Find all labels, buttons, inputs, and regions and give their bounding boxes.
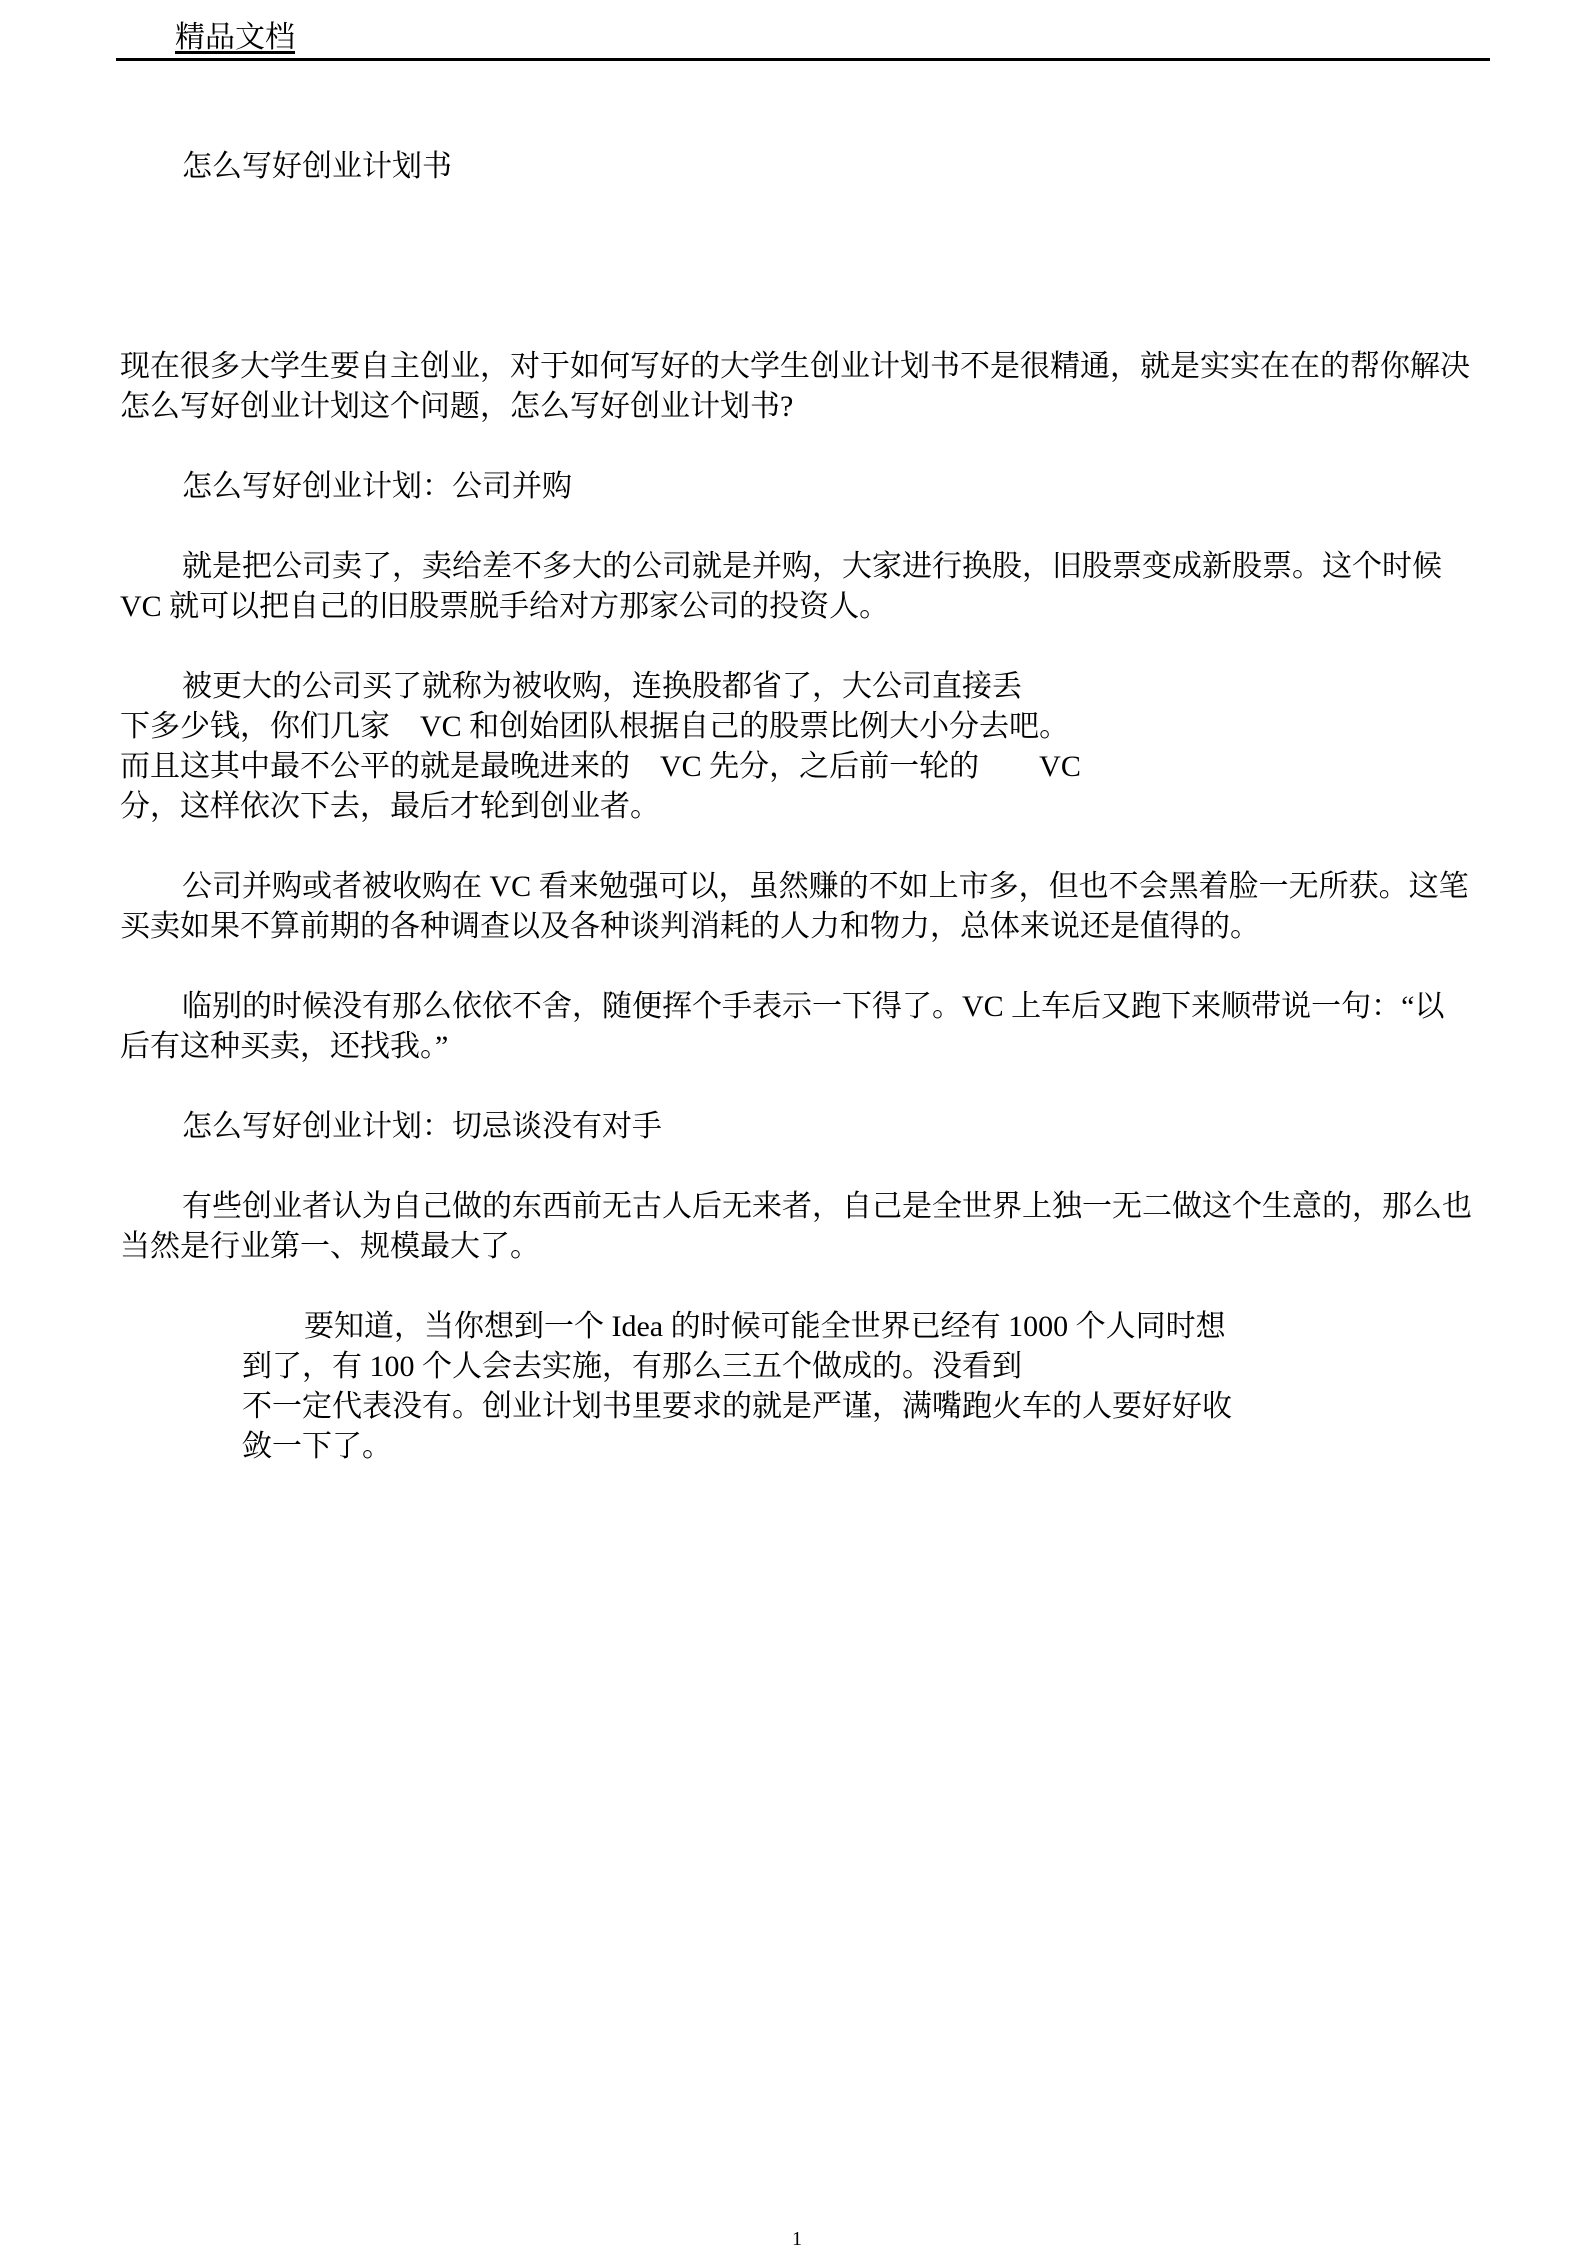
document-body: 怎么写好创业计划书 现在很多大学生要自主创业，对于如何写好的大学生创业计划书不是… bbox=[120, 147, 1540, 1467]
page-header: 精品文档 bbox=[116, 22, 1490, 61]
document-page: 精品文档 怎么写好创业计划书 现在很多大学生要自主创业，对于如何写好的大学生创业… bbox=[0, 0, 1594, 2255]
paragraph-unique-business: 有些创业者认为自己做的东西前无古人后无来者，自己是全世界上独一无二做这个生意的，… bbox=[120, 1187, 1540, 1267]
document-title: 怎么写好创业计划书 bbox=[120, 147, 1540, 187]
paragraph-idea-competition: 要知道，当你想到一个 Idea 的时候可能全世界已经有 1000 个人同时想 到… bbox=[242, 1307, 1540, 1467]
paragraph-worth-it: 公司并购或者被收购在 VC 看来勉强可以，虽然赚的不如上市多，但也不会黑着脸一无… bbox=[120, 867, 1540, 947]
section-heading-merger: 怎么写好创业计划：公司并购 bbox=[120, 467, 1540, 507]
section-heading-rivals: 怎么写好创业计划：切忌谈没有对手 bbox=[120, 1107, 1540, 1147]
header-watermark-text: 精品文档 bbox=[175, 21, 295, 54]
paragraph-being-acquired: 被更大的公司买了就称为被收购，连换股都省了，大公司直接丢 下多少钱，你们几家 V… bbox=[120, 667, 1540, 827]
paragraph-sell-company: 就是把公司卖了，卖给差不多大的公司就是并购，大家进行换股，旧股票变成新股票。这个… bbox=[120, 547, 1540, 627]
paragraph-farewell: 临别的时候没有那么依依不舍，随便挥个手表示一下得了。VC 上车后又跑下来顺带说一… bbox=[120, 987, 1540, 1067]
page-number: 1 bbox=[0, 2229, 1594, 2249]
intro-paragraph: 现在很多大学生要自主创业，对于如何写好的大学生创业计划书不是很精通，就是实实在在… bbox=[120, 347, 1540, 427]
